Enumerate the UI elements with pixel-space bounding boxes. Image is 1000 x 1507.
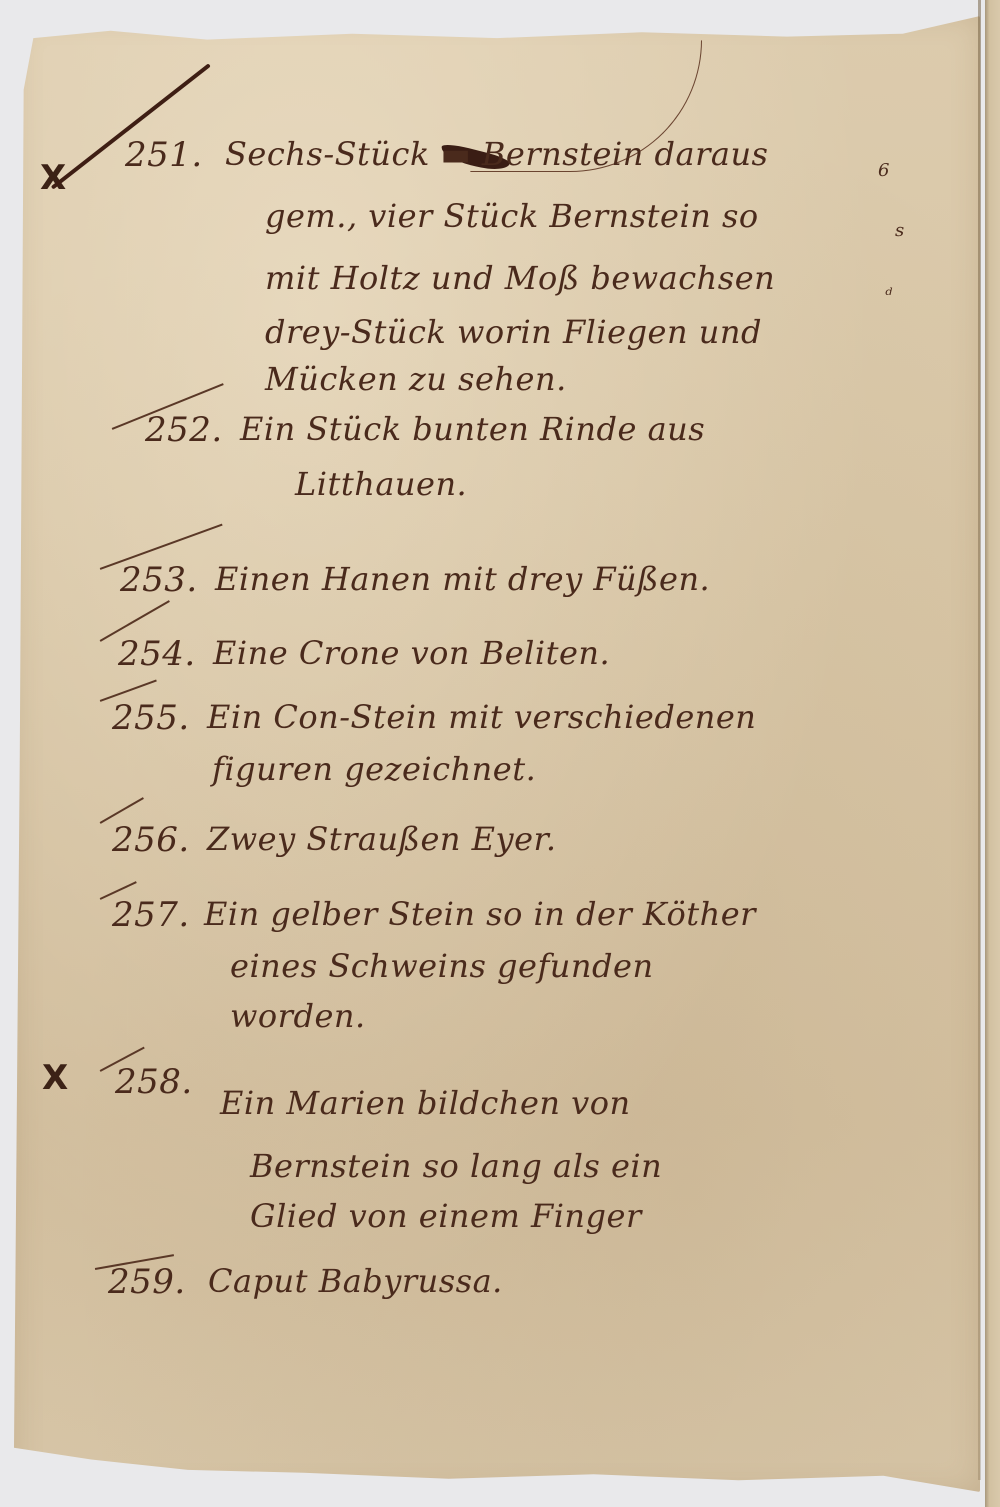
entry-text-line: Einen Hanen mit drey Füßen. [215, 560, 710, 598]
entry-text-line: Ein gelber Stein so in der Köther [204, 895, 756, 933]
superscript-mark: ᵈ [885, 285, 892, 306]
entry-number: 256. [112, 820, 190, 860]
entry-text-line: Sechs-Stück ▬ Bernstein daraus [225, 135, 768, 173]
entry-text-line: Bernstein so lang als ein [250, 1147, 662, 1185]
entry-text-line: Eine Crone von Beliten. [213, 634, 610, 672]
entry-text-line: Ein Stück bunten Rinde aus [240, 410, 705, 448]
entry-number: 251. [125, 135, 203, 175]
entry-text-line: gem., vier Stück Bernstein so [265, 197, 759, 235]
entry-text-line: Glied von einem Finger [250, 1197, 642, 1235]
entry-text-line: drey-Stück worin Fliegen und [265, 313, 762, 351]
entry-text-line: figuren gezeichnet. [212, 750, 536, 788]
margin-cross-mark-258: X [42, 1058, 68, 1098]
entry-number: 258. [115, 1062, 193, 1102]
entry-number: 259. [108, 1262, 186, 1302]
entry-number: 252. [145, 410, 223, 450]
entry-number: 255. [112, 698, 190, 738]
entry-number: 257. [112, 895, 190, 935]
entry-text-line: Litthauen. [295, 465, 467, 503]
superscript-mark: s [895, 220, 904, 241]
entry-text-line: Ein Marien bildchen von [220, 1084, 631, 1122]
entry-text-line: Caput Babyrussa. [208, 1262, 503, 1300]
adjacent-page-edge [985, 0, 1000, 1507]
entry-text-line: worden. [230, 997, 366, 1035]
entry-text-line: Mücken zu sehen. [265, 360, 567, 398]
entry-number: 254. [118, 634, 196, 674]
entry-text-line: mit Holtz und Moß bewachsen [265, 259, 775, 297]
superscript-mark: 6 [878, 160, 889, 181]
page-fold-line [978, 0, 981, 1480]
entry-number: 253. [120, 560, 198, 600]
entry-text-line: eines Schweins gefunden [230, 947, 654, 985]
entry-text-line: Ein Con-Stein mit verschiedenen [207, 698, 756, 736]
entry-text-line: Zwey Straußen Eyer. [207, 820, 557, 858]
